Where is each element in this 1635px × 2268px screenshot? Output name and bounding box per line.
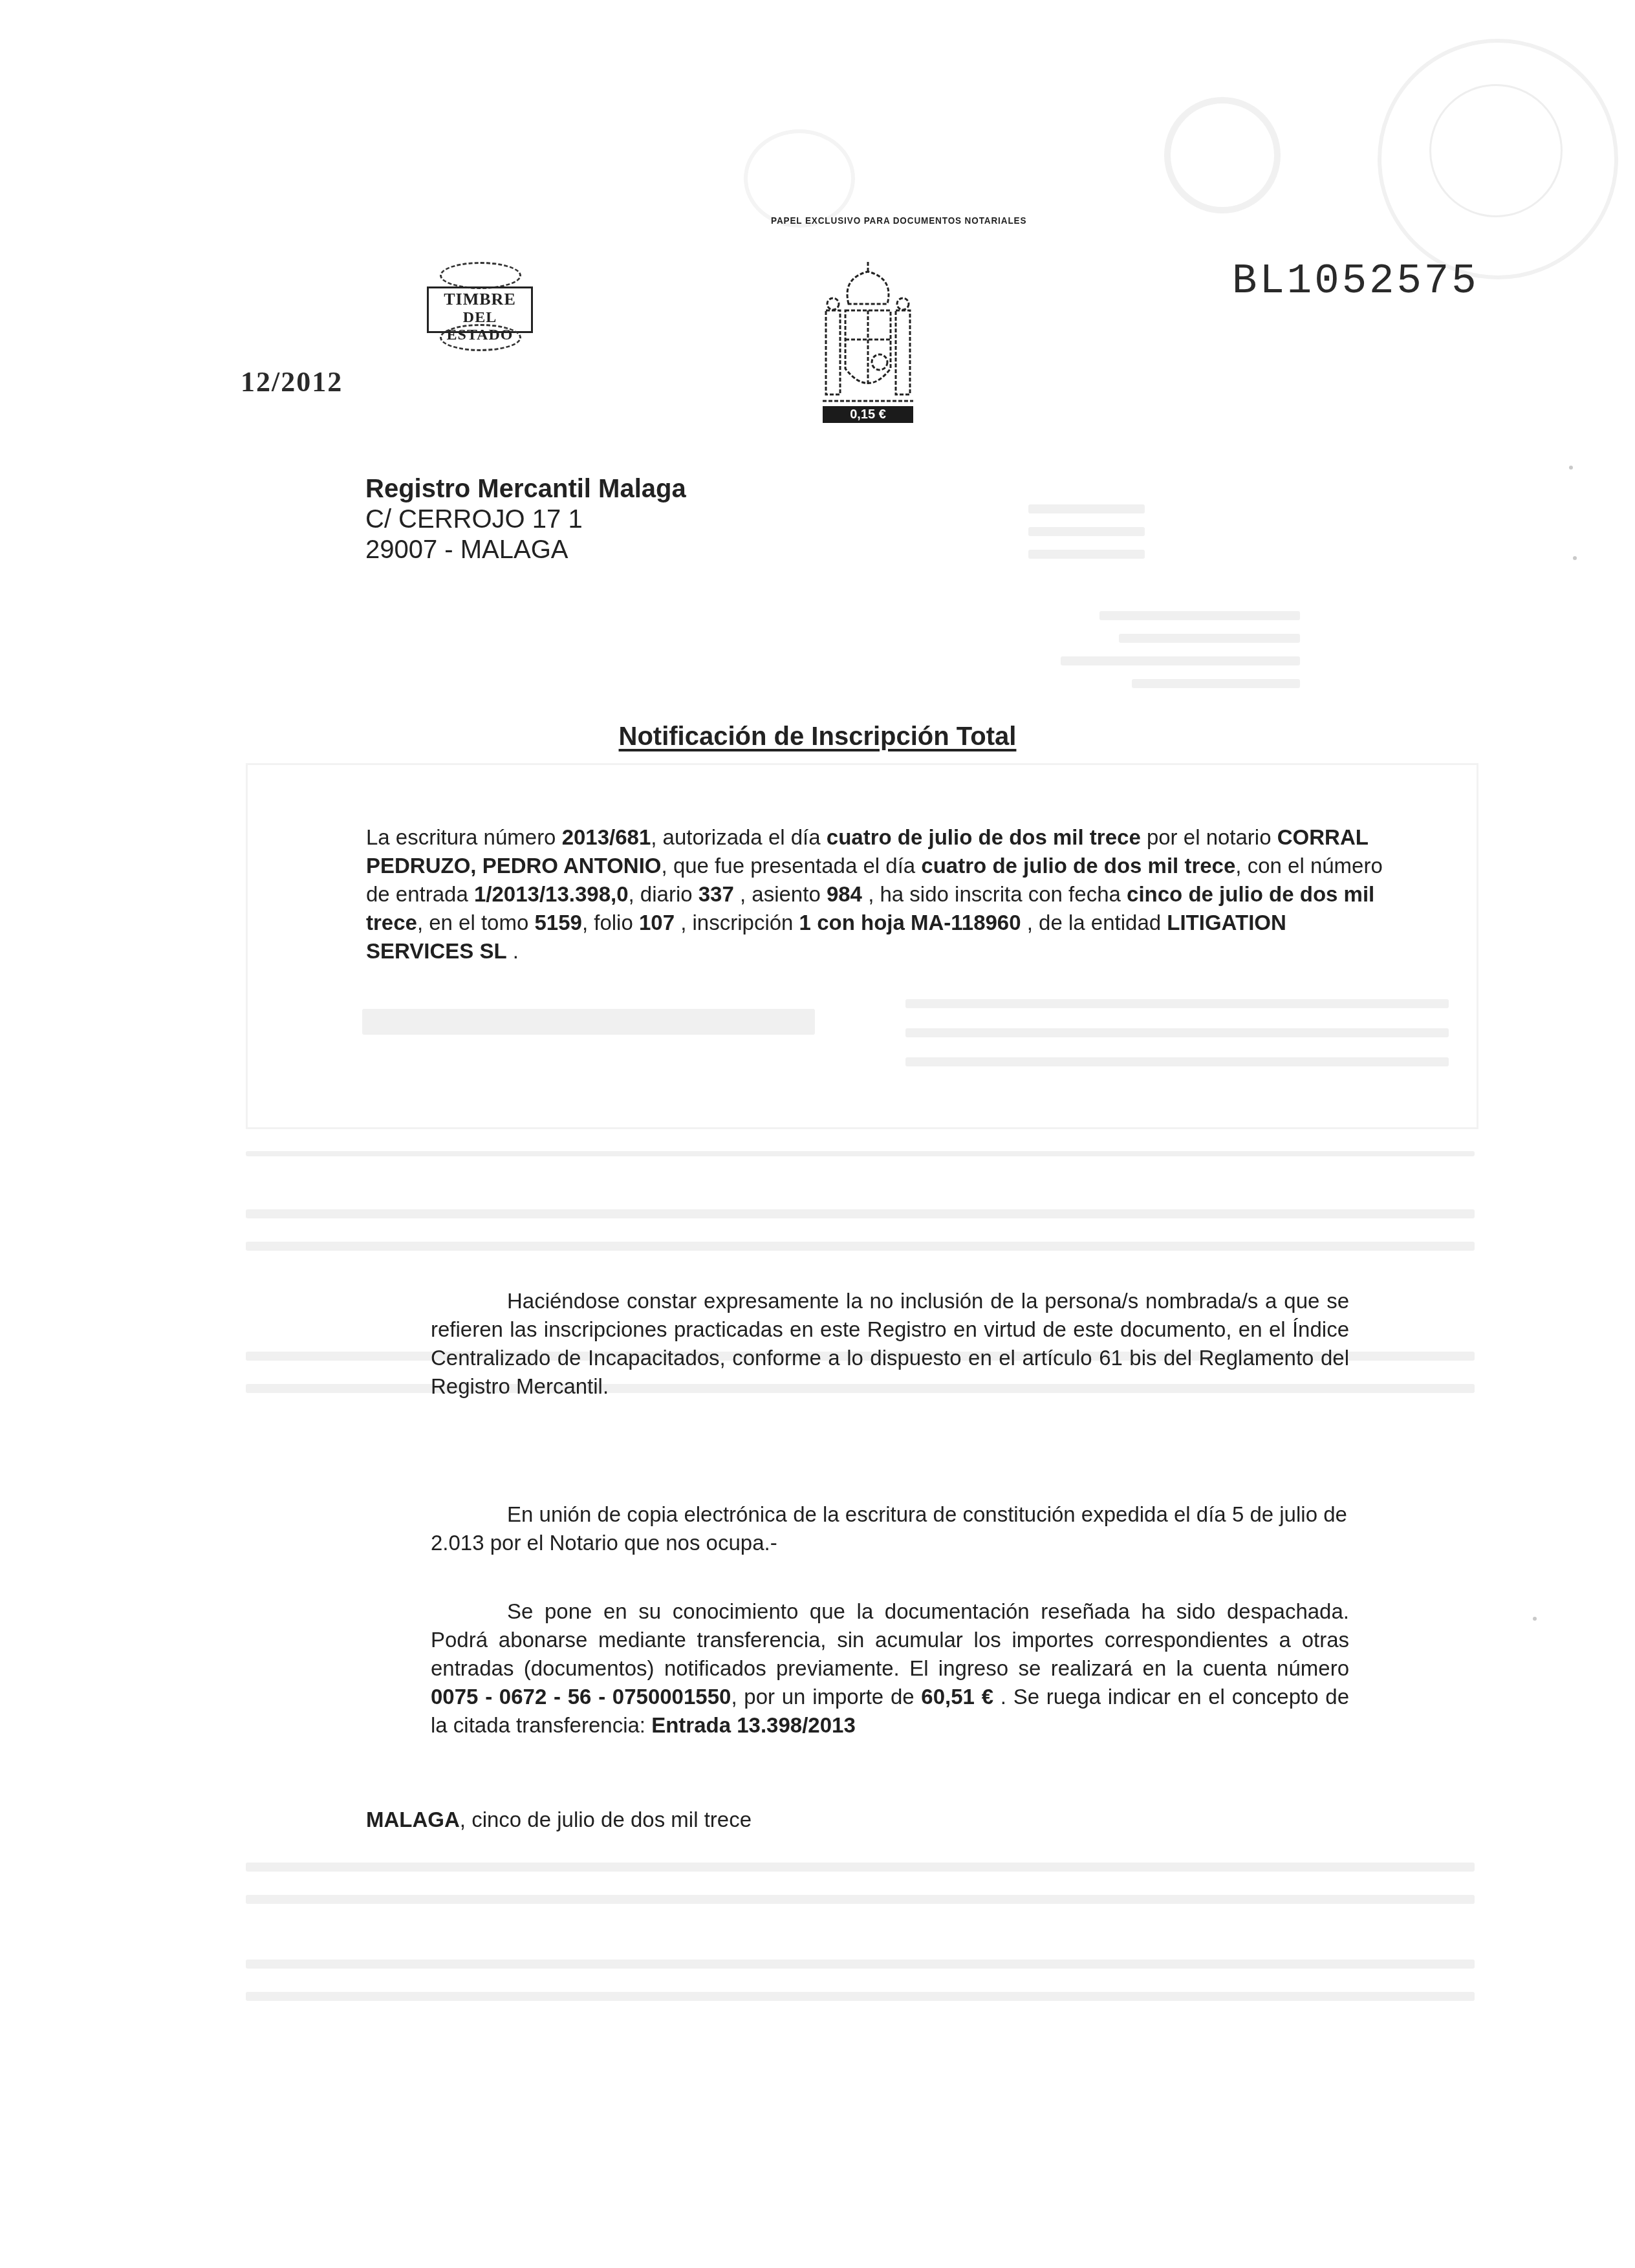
text-run: , diario <box>629 882 698 906</box>
bleed-through-text <box>246 1209 1475 1218</box>
electronic-copy-paragraph: En unión de copia electrónica de la escr… <box>431 1500 1349 1557</box>
bold-text-run: 0075 - 0672 - 56 - 0750001550 <box>431 1685 731 1709</box>
watermark-seal <box>1164 97 1281 213</box>
scan-speck <box>1533 1617 1537 1621</box>
text-run: , ha sido inscrita con fecha <box>862 882 1127 906</box>
timbre-del-estado-stamp-icon: TIMBRE DEL ESTADO <box>401 255 530 346</box>
stamp-ornament-top <box>440 262 521 289</box>
addressee-name: Registro Mercantil Malaga <box>365 474 686 504</box>
text-run: por el notario <box>1141 825 1277 849</box>
scan-speck <box>1569 466 1573 470</box>
stamp-ornament-bottom <box>440 324 521 351</box>
bleed-through-text <box>1028 527 1145 536</box>
place-date-line: MALAGA, cinco de julio de dos mil trece <box>366 1808 752 1832</box>
bold-text-run: cuatro de julio de dos mil trece <box>827 825 1141 849</box>
document-title: Notificación de Inscripción Total <box>619 722 1017 751</box>
bold-text-run: 107 <box>639 911 675 934</box>
arms-price-label: 0,15 € <box>823 406 913 423</box>
bleed-through-text <box>1028 504 1145 513</box>
bleed-through-text <box>246 1960 1475 1969</box>
watermark-seal <box>744 129 855 228</box>
notarial-paper-caption: PAPEL EXCLUSIVO PARA DOCUMENTOS NOTARIAL… <box>771 215 1026 226</box>
spanish-coat-of-arms-icon: 0,15 € <box>823 259 920 427</box>
addressee-street: C/ CERROJO 17 1 <box>365 504 686 535</box>
bleed-through-text <box>1061 656 1300 665</box>
text-run: , que fue presentada el día <box>662 854 922 878</box>
bleed-through-text <box>362 1009 815 1035</box>
bleed-through-text <box>905 999 1449 1008</box>
watermark-seal-inner <box>1429 84 1563 217</box>
bleed-through-text <box>246 1151 1475 1156</box>
bold-text-run: 337 <box>698 882 734 906</box>
addressee-city: 29007 - MALAGA <box>365 535 686 565</box>
document-title-container: Notificación de Inscripción Total <box>0 722 1635 751</box>
inscription-paragraph: La escritura número 2013/681, autorizada… <box>366 823 1394 966</box>
addressee-block: Registro Mercantil Malaga C/ CERROJO 17 … <box>365 474 686 565</box>
bleed-through-text <box>1119 634 1300 643</box>
bleed-through-text <box>246 1992 1475 2001</box>
signature-date: , cinco de julio de dos mil trece <box>460 1808 752 1831</box>
bold-text-run: Entrada 13.398/2013 <box>651 1713 856 1737</box>
text-run: , de la entidad <box>1021 911 1167 934</box>
bleed-through-text <box>1028 550 1145 559</box>
bold-text-run: 1/2013/13.398,0 <box>474 882 629 906</box>
stamp-text-line1: TIMBRE <box>429 290 531 309</box>
text-run: , folio <box>582 911 639 934</box>
incapacitated-index-paragraph: Haciéndose constar expresamente la no in… <box>431 1287 1349 1401</box>
payment-paragraph: Se pone en su conocimiento que la docume… <box>431 1597 1349 1740</box>
bold-text-run: cuatro de julio de dos mil trece <box>921 854 1235 878</box>
date-stamp: 12/2012 <box>241 365 343 398</box>
text-run: , autorizada el día <box>651 825 827 849</box>
text-run: , inscripción <box>675 911 799 934</box>
text-run: , en el tomo <box>417 911 535 934</box>
text-run: . <box>507 939 519 963</box>
bleed-through-text <box>246 1863 1475 1872</box>
scan-speck <box>1573 556 1577 560</box>
bleed-through-text <box>905 1028 1449 1037</box>
bleed-through-text <box>246 1242 1475 1251</box>
coat-of-arms-graphic <box>823 259 913 404</box>
bold-text-run: 60,51 € <box>921 1685 993 1709</box>
serial-number: BL1052575 <box>1232 259 1479 305</box>
text-run: , asiento <box>734 882 827 906</box>
signature-place: MALAGA <box>366 1808 460 1831</box>
bleed-through-text <box>1132 679 1300 688</box>
bleed-through-text <box>1099 611 1300 620</box>
bleed-through-text <box>246 1895 1475 1904</box>
bold-text-run: 1 con hoja MA-118960 <box>799 911 1021 934</box>
bold-text-run: 5159 <box>535 911 582 934</box>
bold-text-run: 984 <box>827 882 862 906</box>
text-run: Se pone en su conocimiento que la docume… <box>431 1599 1349 1680</box>
bold-text-run: 2013/681 <box>562 825 651 849</box>
bleed-through-text <box>905 1057 1449 1066</box>
text-run: , por un importe de <box>731 1685 921 1709</box>
text-run: La escritura número <box>366 825 562 849</box>
